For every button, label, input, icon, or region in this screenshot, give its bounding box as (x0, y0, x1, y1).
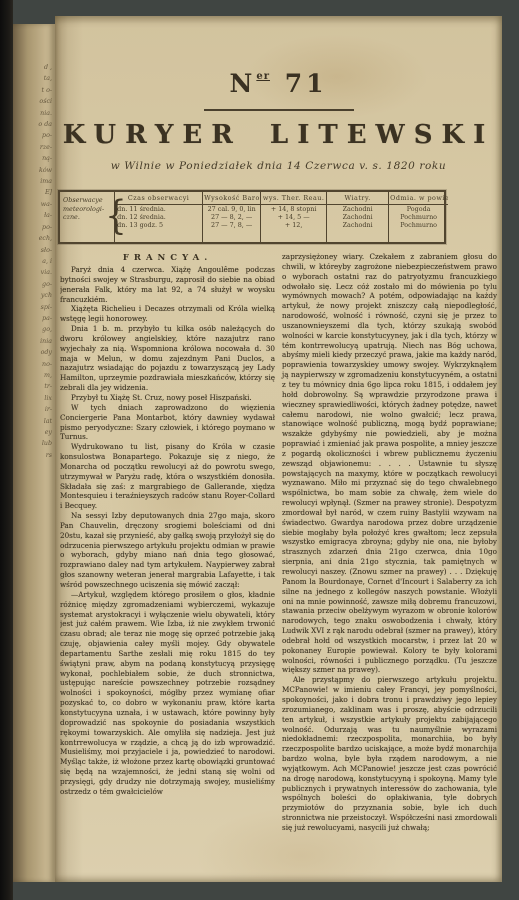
newspaper-page: Ner 71 KURYER LITEWSKI w Wilnie w Ponied… (55, 16, 502, 882)
article-paragraph: Przybył tu Xiążę St. Cruz, nowy poseł Hi… (60, 393, 275, 403)
weather-label-line: czne. (63, 213, 104, 222)
weather-cell: Pogoda (389, 205, 448, 213)
spine-text-fragment: lat (18, 416, 52, 427)
spine-text-fragment: ną- (18, 153, 52, 164)
spine-text-fragment: no- (18, 359, 52, 370)
article-paragraph: Na sessyi Izby deputowanych dnia 27go ma… (60, 511, 275, 590)
weather-cell: Zachodni (327, 213, 388, 221)
issue-number: Ner 71 (55, 64, 502, 97)
spine-text-fragment: wa- (18, 199, 52, 210)
spine-text-fragment: d , (18, 62, 52, 73)
masthead-rule (204, 109, 354, 111)
article-paragraph: Paryż dnia 4 czerwca. Xiążę Angoulême po… (60, 265, 275, 304)
spine-text-fragment: ta, (18, 73, 52, 84)
weather-column-header: Wiatry. (327, 192, 388, 205)
article-paragraph: W tych dniach zaprowadzono do więzienia … (60, 403, 275, 442)
spine-text-fragment: ła- (18, 210, 52, 221)
weather-cell: Zachodni (327, 205, 388, 213)
spine-text-fragment: go, (18, 324, 52, 335)
article-paragraph: zaprzysiężoney wiary. Czekałem z zabrani… (282, 252, 497, 675)
weather-column: Czas obserwacyi dn. 11 średnia. dn. 12 ś… (114, 192, 202, 242)
scanned-newspaper-photo: d ,ta,t o-ościnia.o dapo-rze-ną-kówimaE]… (0, 0, 519, 900)
weather-observations-table: Obserwacyemeteorologi-czne. { Czas obser… (58, 190, 446, 244)
article-paragraph: —Artykuł, względem którego prosiłem o gł… (60, 590, 275, 797)
weather-label-line: meteorologi- (63, 205, 104, 214)
left-column: FRANCYA. Paryż dnia 4 czerwca. Xiążę Ang… (60, 252, 275, 882)
weather-cell: 27 — 8, 2, — (203, 213, 260, 221)
spine-text-fragment: tr- (18, 381, 52, 392)
weather-cell: Zachodni (327, 221, 388, 229)
spine-text-fragment: ości (18, 96, 52, 107)
weather-cell: 27 — 7, 8, — (203, 221, 260, 229)
left-column-text: Paryż dnia 4 czerwca. Xiążę Angoulême po… (60, 265, 275, 797)
weather-column: Wiatry. Zachodni Zachodni Zachodni (326, 192, 388, 242)
issue-prefix: N (229, 69, 256, 98)
spine-text-fragment: t o- (18, 85, 52, 96)
previous-page-edge: d ,ta,t o-ościnia.o dapo-rze-ną-kówimaE]… (13, 24, 55, 882)
weather-column: Wysokość Barom. 27 cal. 9, 0, lin 27 — 8… (202, 192, 260, 242)
spine-text-fragment: sło- (18, 245, 52, 256)
spine-text-fragment: po- (18, 130, 52, 141)
spine-text-fragment: ków (18, 165, 52, 176)
spine-text-fragment: E] (18, 187, 52, 198)
weather-cell: dn. 11 średnia. (115, 205, 202, 213)
weather-cell: + 12, (261, 221, 326, 229)
issue-digits: 71 (285, 69, 328, 98)
spine-text-fragment: rze- (18, 142, 52, 153)
table-brace: { (105, 188, 114, 246)
weather-cell: Pochmurno (389, 213, 448, 221)
weather-column-header: Czas obserwacyi (115, 192, 202, 205)
weather-label-line: Obserwacye (63, 196, 104, 205)
weather-table-columns: Czas obserwacyi dn. 11 średnia. dn. 12 ś… (114, 192, 448, 242)
spine-text-fragment: spi- (18, 302, 52, 313)
spine-text-fragment: ir- (18, 404, 52, 415)
weather-column-header: wys. Ther. Reau. (261, 192, 326, 205)
article-paragraph: Ale przystąpmy do pierwszego artykułu pr… (282, 675, 497, 833)
section-heading: FRANCYA. (60, 253, 275, 263)
weather-cell: 27 cal. 9, 0, lin (203, 205, 260, 213)
weather-column: wys. Ther. Reau. + 14, 8 stopni + 14, 5 … (260, 192, 326, 242)
newspaper-title: KURYER LITEWSKI (55, 120, 502, 150)
spine-text-fragment: ey (18, 427, 52, 438)
spine-text-fragment: pa- (18, 313, 52, 324)
weather-cell: + 14, 8 stopni (261, 205, 326, 213)
weather-cell: Pochmurno (389, 221, 448, 229)
dateline: w Wilnie w Poniedziałek dnia 14 Czerwca … (55, 160, 502, 172)
right-column-text: zaprzysiężoney wiary. Czekałem z zabrani… (282, 252, 497, 833)
weather-column-header: Odmia. w powie. (389, 192, 448, 205)
spine-text-fragment: ych (18, 290, 52, 301)
spine-text-fragment: o da (18, 119, 52, 130)
previous-page-text-fragments: d ,ta,t o-ościnia.o dapo-rze-ną-kówimaE]… (18, 62, 52, 461)
spine-text-fragment: lix (18, 393, 52, 404)
article-paragraph: Xiążęta Richelieu i Decazes otrzymali od… (60, 304, 275, 324)
spine-text-fragment: go- (18, 279, 52, 290)
spine-text-fragment: ech, (18, 233, 52, 244)
spine-text-fragment: via. (18, 267, 52, 278)
weather-table-label: Obserwacyemeteorologi-czne. (60, 192, 105, 242)
book-binding-spine (0, 0, 13, 900)
spine-text-fragment: a, i (18, 256, 52, 267)
spine-text-fragment: po- (18, 222, 52, 233)
weather-cell: dn. 12 średnia. (115, 213, 202, 221)
weather-cell: + 14, 5 — (261, 213, 326, 221)
spine-text-fragment: nia. (18, 108, 52, 119)
spine-text-fragment: lub (18, 438, 52, 449)
right-column: zaprzysiężoney wiary. Czekałem z zabrani… (282, 252, 497, 882)
article-paragraph: Dnia 1 b. m. przybyło tu kilka osób nale… (60, 324, 275, 393)
spine-text-fragment: inia (18, 336, 52, 347)
article-body: FRANCYA. Paryż dnia 4 czerwca. Xiążę Ang… (60, 252, 497, 882)
weather-cell: dn. 13 godz. 5 (115, 221, 202, 229)
weather-column: Odmia. w powie. Pogoda Pochmurno Pochmur… (388, 192, 448, 242)
issue-superscript: er (256, 71, 270, 82)
spine-text-fragment: m, (18, 370, 52, 381)
spine-text-fragment: ima (18, 176, 52, 187)
article-paragraph: Wydrukowano tu list, pisany do Króla w c… (60, 442, 275, 511)
spine-text-fragment: rs (18, 450, 52, 461)
weather-column-header: Wysokość Barom. (203, 192, 260, 205)
spine-text-fragment: ody (18, 347, 52, 358)
